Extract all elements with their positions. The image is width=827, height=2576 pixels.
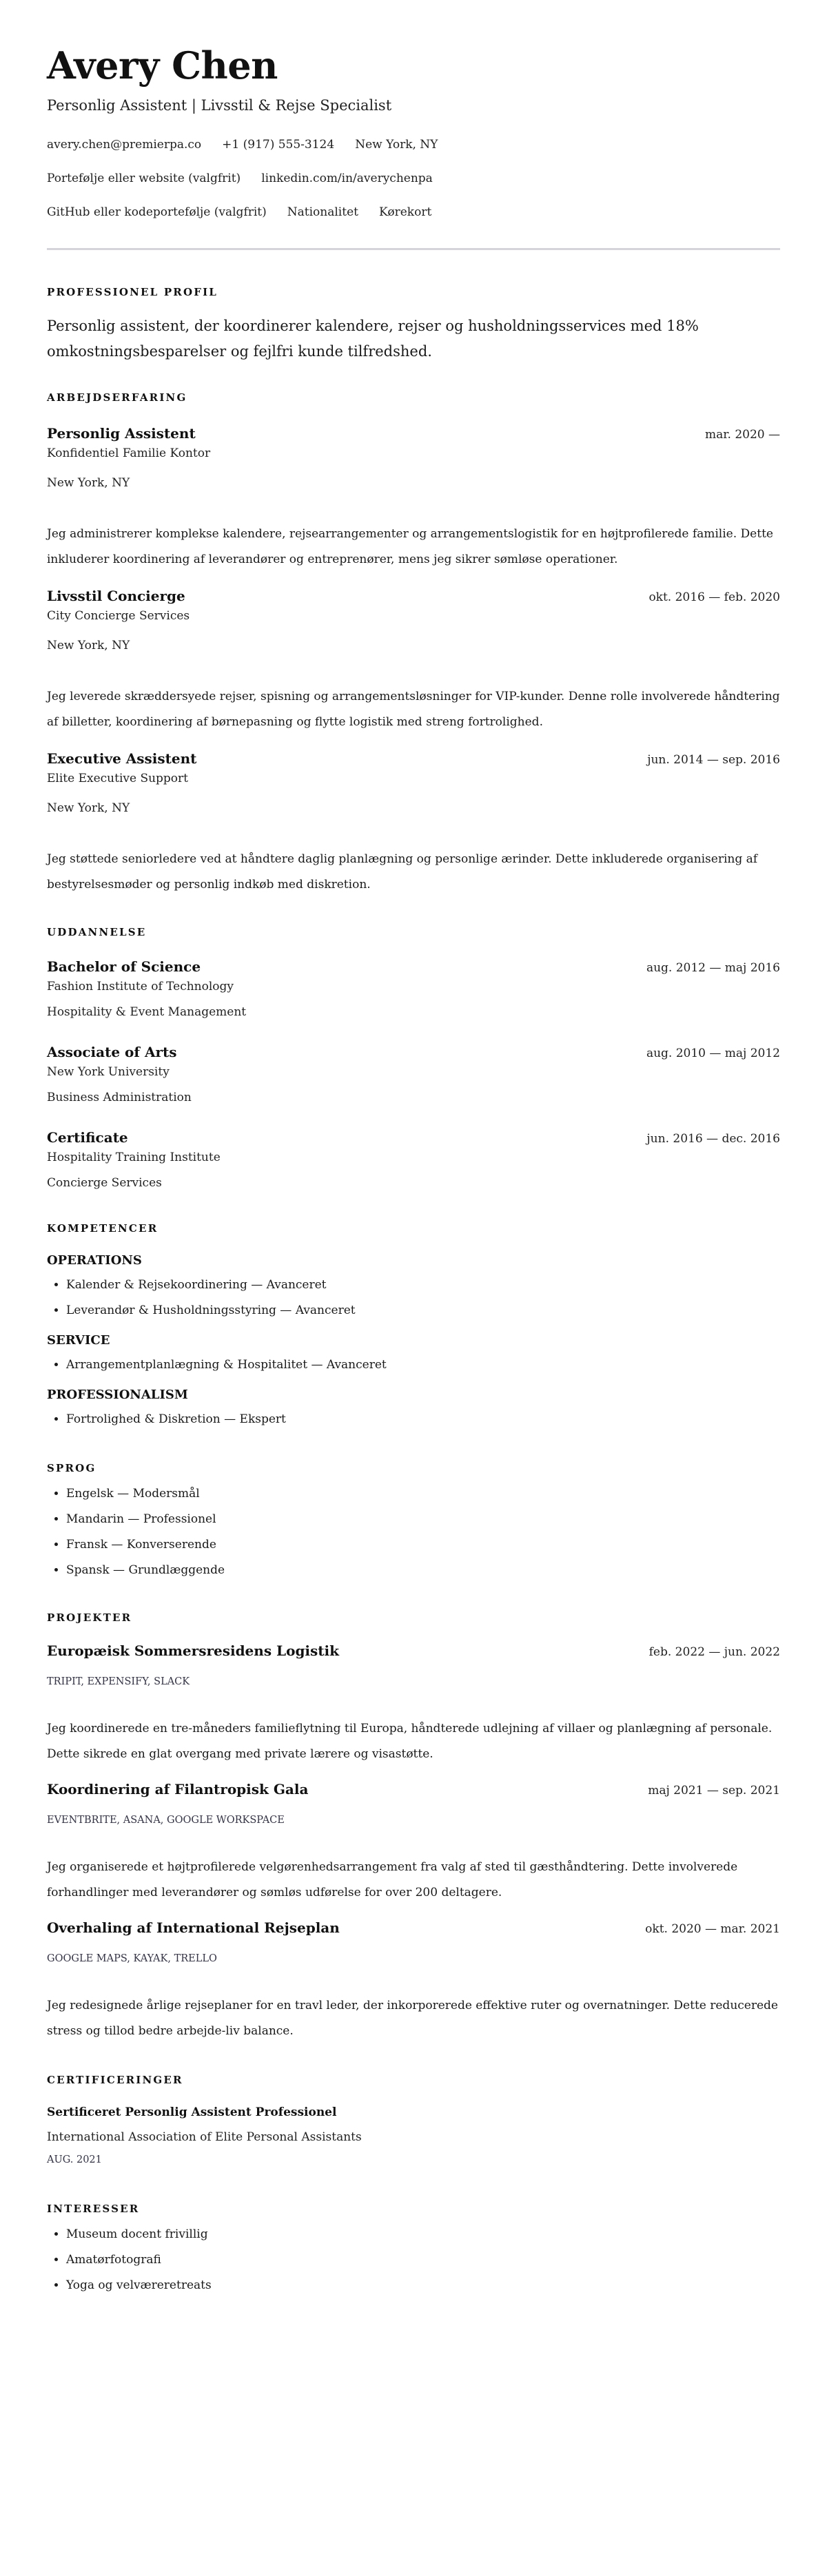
- contact-phone[interactable]: +1 (917) 555-3124: [222, 136, 334, 153]
- skill-item: Fortrolighed & Diskretion — Ekspert: [66, 1407, 780, 1432]
- project-item: Europæisk Sommersresidens Logistik feb. …: [47, 1641, 780, 1767]
- project-dates: feb. 2022 — jun. 2022: [649, 1642, 780, 1662]
- job-description: Jeg administrerer komplekse kalendere, r…: [47, 522, 780, 573]
- section-title: CERTIFICERINGER: [47, 2073, 780, 2087]
- section-title: PROFESSIONEL PROFIL: [47, 285, 780, 299]
- contact-linkedin[interactable]: linkedin.com/in/averychenpa: [261, 170, 433, 187]
- section-title: INTERESSER: [47, 2202, 780, 2216]
- section-title: UDDANNELSE: [47, 925, 780, 939]
- education-dates: jun. 2016 — dec. 2016: [646, 1129, 780, 1148]
- contact-email[interactable]: avery.chen@premierpa.co: [47, 136, 201, 153]
- education-degree: Associate of Arts: [47, 1042, 177, 1062]
- education-field: Business Administration: [47, 1089, 780, 1106]
- education-school: Hospitality Training Institute: [47, 1148, 780, 1166]
- skill-list: Fortrolighed & Diskretion — Ekspert: [47, 1407, 780, 1432]
- contact-row-2: Portefølje eller website (valgfrit) link…: [47, 170, 780, 187]
- contact-location: New York, NY: [355, 136, 438, 153]
- contact-row-1: avery.chen@premierpa.co +1 (917) 555-312…: [47, 136, 780, 153]
- job-dates: jun. 2014 — sep. 2016: [647, 750, 780, 770]
- job-location: New York, NY: [47, 799, 780, 817]
- interest-item: Museum docent frivillig: [66, 2222, 780, 2247]
- contact-portfolio[interactable]: Portefølje eller website (valgfrit): [47, 170, 241, 187]
- project-tools: TRIPIT, EXPENSIFY, SLACK: [47, 1675, 780, 1689]
- section-skills: KOMPETENCER OPERATIONS Kalender & Rejsek…: [47, 1222, 780, 1432]
- section-title: KOMPETENCER: [47, 1222, 780, 1235]
- project-name: Europæisk Sommersresidens Logistik: [47, 1641, 339, 1660]
- header-divider: [47, 248, 780, 250]
- language-item: Spansk — Grundlæggende: [66, 1558, 780, 1583]
- skill-list: Kalender & Rejsekoordinering — Avanceret…: [47, 1272, 780, 1323]
- project-name: Koordinering af Filantropisk Gala: [47, 1780, 308, 1799]
- education-item: Certificate jun. 2016 — dec. 2016 Hospit…: [47, 1128, 780, 1192]
- job-role: Executive Assistent: [47, 749, 196, 768]
- project-description: Jeg redesignede årlige rejseplaner for e…: [47, 1993, 780, 2044]
- language-item: Fransk — Konverserende: [66, 1532, 780, 1558]
- skill-item: Arrangementplanlægning & Hospitalitet — …: [66, 1352, 780, 1378]
- contact-github[interactable]: GitHub eller kodeportefølje (valgfrit): [47, 204, 267, 220]
- education-field: Concierge Services: [47, 1174, 780, 1192]
- section-education: UDDANNELSE Bachelor of Science aug. 2012…: [47, 925, 780, 1192]
- contact-row-3: GitHub eller kodeportefølje (valgfrit) N…: [47, 204, 780, 220]
- job-description: Jeg støttede seniorledere ved at håndter…: [47, 847, 780, 898]
- interest-item: Amatørfotografi: [66, 2247, 780, 2273]
- section-interests: INTERESSER Museum docent frivillig Amatø…: [47, 2202, 780, 2298]
- section-projects: PROJEKTER Europæisk Sommersresidens Logi…: [47, 1611, 780, 2044]
- certification-item: Sertificeret Personlig Assistent Profess…: [47, 2103, 780, 2167]
- skill-item: Leverandør & Husholdningsstyring — Avanc…: [66, 1298, 780, 1323]
- job-dates: okt. 2016 — feb. 2020: [649, 588, 780, 607]
- job-location: New York, NY: [47, 474, 780, 492]
- section-title: SPROG: [47, 1461, 780, 1475]
- skill-category: SERVICE Arrangementplanlægning & Hospita…: [47, 1332, 780, 1378]
- education-school: New York University: [47, 1063, 780, 1081]
- project-dates: maj 2021 — sep. 2021: [648, 1781, 780, 1800]
- certification-date: AUG. 2021: [47, 2152, 780, 2167]
- job-role: Livsstil Concierge: [47, 586, 185, 606]
- experience-item: Livsstil Concierge okt. 2016 — feb. 2020…: [47, 586, 780, 735]
- project-name: Overhaling af International Rejseplan: [47, 1918, 340, 1937]
- experience-item: Executive Assistent jun. 2014 — sep. 201…: [47, 749, 780, 898]
- education-item: Bachelor of Science aug. 2012 — maj 2016…: [47, 957, 780, 1021]
- job-company: City Concierge Services: [47, 607, 780, 625]
- education-field: Hospitality & Event Management: [47, 1003, 780, 1021]
- skill-category-name: PROFESSIONALISM: [47, 1386, 780, 1404]
- project-description: Jeg koordinerede en tre-måneders familie…: [47, 1716, 780, 1767]
- contact-nationality: Nationalitet: [287, 204, 358, 220]
- project-dates: okt. 2020 — mar. 2021: [645, 1919, 780, 1939]
- section-certifications: CERTIFICERINGER Sertificeret Personlig A…: [47, 2073, 780, 2167]
- section-languages: SPROG Engelsk — Modersmål Mandarin — Pro…: [47, 1461, 780, 1583]
- language-list: Engelsk — Modersmål Mandarin — Professio…: [47, 1481, 780, 1583]
- resume-header: Avery Chen Personlig Assistent | Livssti…: [47, 43, 780, 220]
- section-title: ARBEJDSERFARING: [47, 391, 780, 404]
- education-degree: Certificate: [47, 1128, 128, 1147]
- job-description: Jeg leverede skræddersyede rejser, spisn…: [47, 684, 780, 735]
- experience-item: Personlig Assistent mar. 2020 — Konfiden…: [47, 424, 780, 573]
- interest-item: Yoga og velværeretreats: [66, 2273, 780, 2298]
- skill-category-name: OPERATIONS: [47, 1252, 780, 1270]
- education-dates: aug. 2010 — maj 2012: [646, 1044, 780, 1063]
- section-experience: ARBEJDSERFARING Personlig Assistent mar.…: [47, 391, 780, 898]
- skill-list: Arrangementplanlægning & Hospitalitet — …: [47, 1352, 780, 1378]
- candidate-name: Avery Chen: [47, 43, 780, 88]
- language-item: Mandarin — Professionel: [66, 1507, 780, 1532]
- interest-list: Museum docent frivillig Amatørfotografi …: [47, 2222, 780, 2298]
- skill-category: PROFESSIONALISM Fortrolighed & Diskretio…: [47, 1386, 780, 1432]
- job-location: New York, NY: [47, 637, 780, 655]
- skill-category-name: SERVICE: [47, 1332, 780, 1350]
- profile-summary: Personlig assistent, der koordinerer kal…: [47, 313, 780, 364]
- language-item: Engelsk — Modersmål: [66, 1481, 780, 1507]
- education-item: Associate of Arts aug. 2010 — maj 2012 N…: [47, 1042, 780, 1106]
- project-item: Koordinering af Filantropisk Gala maj 20…: [47, 1780, 780, 1906]
- section-title: PROJEKTER: [47, 1611, 780, 1625]
- resume-page: Avery Chen Personlig Assistent | Livssti…: [0, 0, 827, 2326]
- skill-item: Kalender & Rejsekoordinering — Avanceret: [66, 1272, 780, 1298]
- job-role: Personlig Assistent: [47, 424, 196, 443]
- education-dates: aug. 2012 — maj 2016: [646, 958, 780, 978]
- education-school: Fashion Institute of Technology: [47, 978, 780, 996]
- skill-category: OPERATIONS Kalender & Rejsekoordinering …: [47, 1252, 780, 1323]
- job-company: Konfidentiel Familie Kontor: [47, 444, 780, 462]
- job-dates: mar. 2020 —: [705, 425, 780, 444]
- project-item: Overhaling af International Rejseplan ok…: [47, 1918, 780, 2044]
- certification-issuer: International Association of Elite Perso…: [47, 2128, 780, 2146]
- section-profile: PROFESSIONEL PROFIL Personlig assistent,…: [47, 285, 780, 364]
- project-tools: GOOGLE MAPS, KAYAK, TRELLO: [47, 1952, 780, 1966]
- job-company: Elite Executive Support: [47, 770, 780, 787]
- contact-drivers-license: Kørekort: [379, 204, 431, 220]
- education-degree: Bachelor of Science: [47, 957, 201, 976]
- candidate-headline: Personlig Assistent | Livsstil & Rejse S…: [47, 95, 780, 116]
- project-tools: EVENTBRITE, ASANA, GOOGLE WORKSPACE: [47, 1813, 780, 1827]
- certification-name: Sertificeret Personlig Assistent Profess…: [47, 2103, 780, 2121]
- project-description: Jeg organiserede et højtprofilerede velg…: [47, 1855, 780, 1906]
